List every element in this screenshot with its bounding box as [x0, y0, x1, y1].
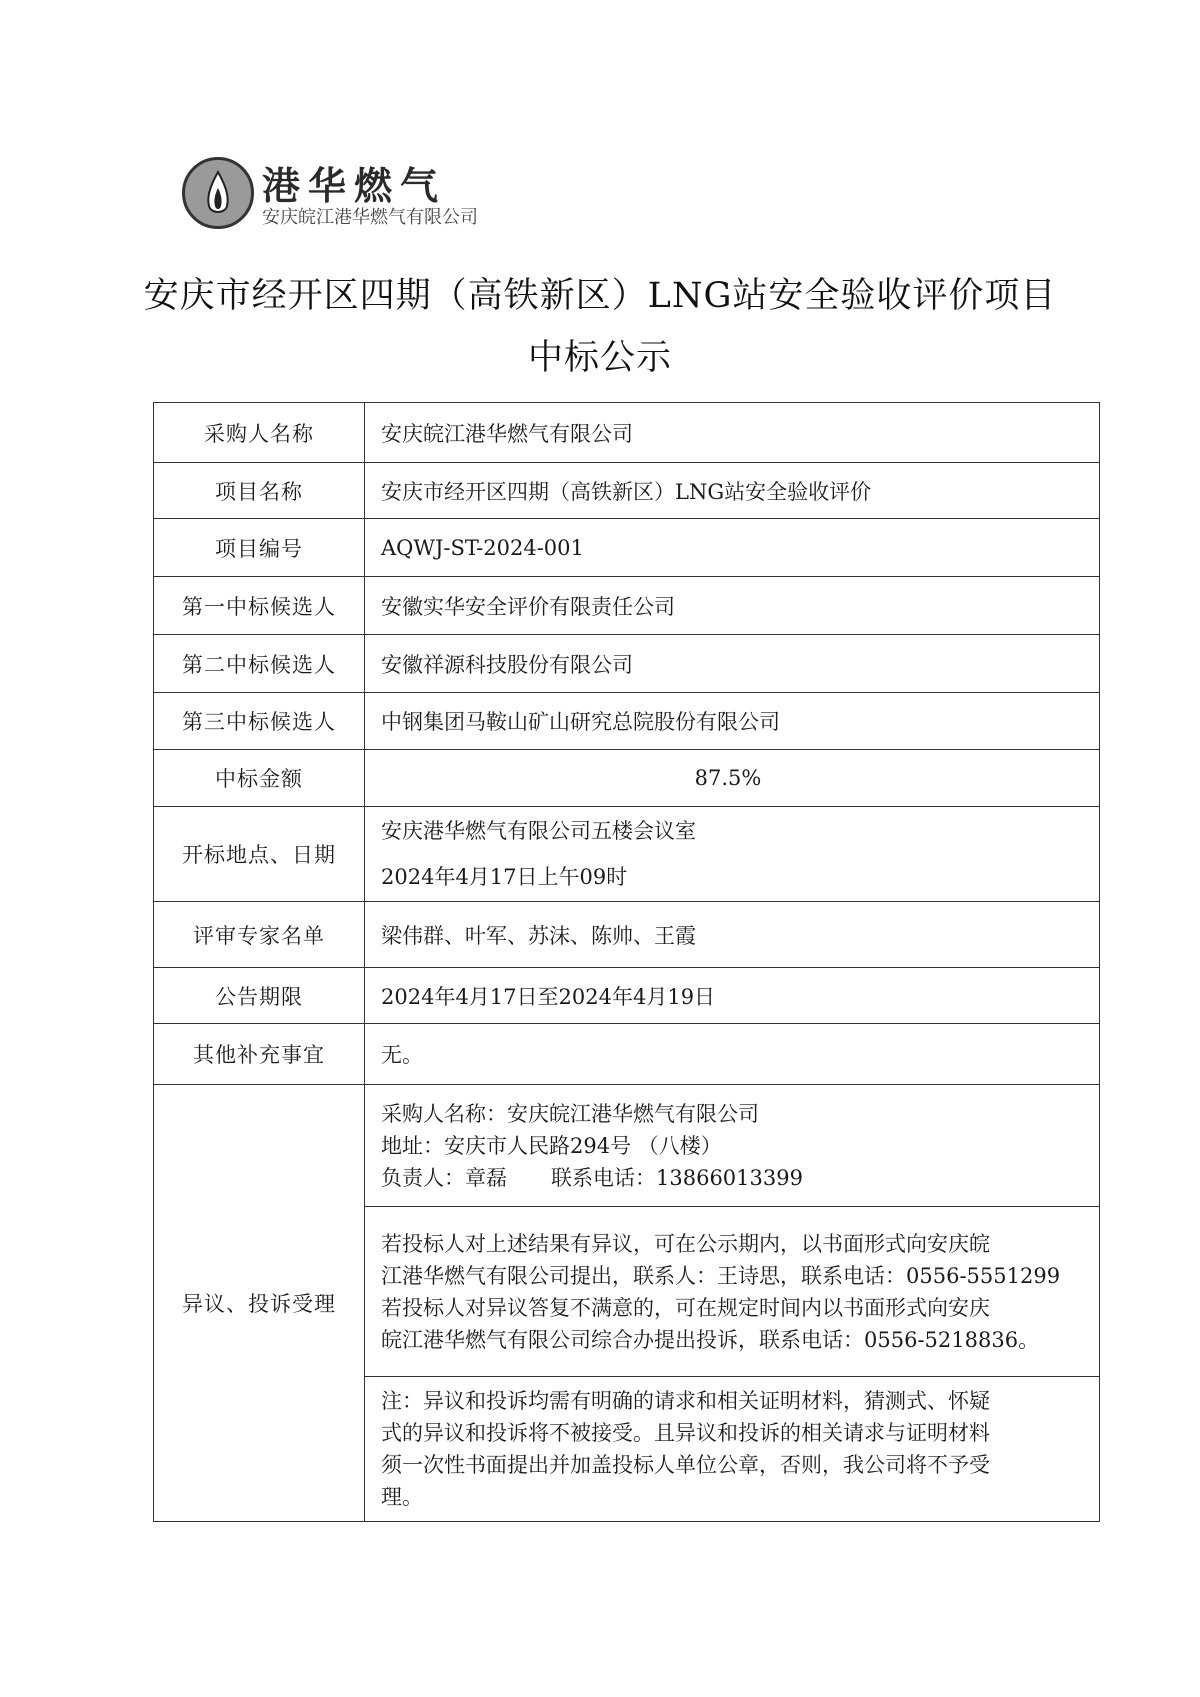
- flame-icon: [182, 157, 254, 229]
- row-value: 安庆市经开区四期（高铁新区）LNG站安全验收评价: [365, 463, 1100, 519]
- table-row-objection-contact: 异议、投诉受理 采购人名称：安庆皖江港华燃气有限公司 地址：安庆市人民路294号…: [154, 1085, 1100, 1207]
- row-label: 第二中标候选人: [154, 635, 365, 693]
- objection-note-block: 注：异议和投诉均需有明确的请求和相关证明材料，猜测式、怀疑 式的异议和投诉将不被…: [365, 1377, 1100, 1522]
- row-value: 安徽祥源科技股份有限公司: [365, 635, 1100, 693]
- table-row-notice-period: 公告期限 2024年4月17日至2024年4月19日: [154, 968, 1100, 1024]
- row-value: 中钢集团马鞍山矿山研究总院股份有限公司: [365, 693, 1100, 750]
- row-value: 安庆皖江港华燃气有限公司: [365, 403, 1100, 463]
- note-line: 须一次性书面提出并加盖投标人单位公章，否则，我公司将不予受: [381, 1449, 1091, 1481]
- contact-person-line: 负责人：章磊联系电话：13866013399: [381, 1162, 1091, 1194]
- procedure-line: 皖江港华燃气有限公司综合办提出投诉，联系电话：0556-5218836。: [381, 1324, 1091, 1356]
- note-line: 理。: [381, 1481, 1091, 1513]
- company-name: 安庆皖江港华燃气有限公司: [262, 203, 478, 229]
- row-label: 采购人名称: [154, 403, 365, 463]
- table-row-third-candidate: 第三中标候选人 中钢集团马鞍山矿山研究总院股份有限公司: [154, 693, 1100, 750]
- contact-person: 负责人：章磊: [381, 1166, 507, 1190]
- table-row-experts: 评审专家名单 梁伟群、叶军、苏沫、陈帅、王霞: [154, 902, 1100, 968]
- row-label: 评审专家名单: [154, 902, 365, 968]
- row-value: 梁伟群、叶军、苏沫、陈帅、王霞: [365, 902, 1100, 968]
- row-label: 开标地点、日期: [154, 807, 365, 902]
- row-label: 公告期限: [154, 968, 365, 1024]
- row-label: 其他补充事宜: [154, 1024, 365, 1085]
- table-row-project-name: 项目名称 安庆市经开区四期（高铁新区）LNG站安全验收评价: [154, 463, 1100, 519]
- objection-procedure-block: 若投标人对上述结果有异议，可在公示期内，以书面形式向安庆皖 江港华燃气有限公司提…: [365, 1207, 1100, 1377]
- table-row-other-matters: 其他补充事宜 无。: [154, 1024, 1100, 1085]
- row-value: 安徽实华安全评价有限责任公司: [365, 577, 1100, 635]
- table-row-first-candidate: 第一中标候选人 安徽实华安全评价有限责任公司: [154, 577, 1100, 635]
- row-label: 中标金额: [154, 750, 365, 807]
- table-row-bid-amount: 中标金额 87.5%: [154, 750, 1100, 807]
- row-label: 第三中标候选人: [154, 693, 365, 750]
- company-logo: 港华燃气 安庆皖江港华燃气有限公司: [182, 153, 512, 233]
- row-label: 异议、投诉受理: [154, 1085, 365, 1522]
- row-value: 87.5%: [365, 750, 1100, 807]
- row-value: 2024年4月17日至2024年4月19日: [365, 968, 1100, 1024]
- row-label: 项目名称: [154, 463, 365, 519]
- contact-phone: 联系电话：13866013399: [551, 1166, 803, 1190]
- opening-date: 2024年4月17日上午09时: [381, 854, 1091, 900]
- note-line: 注：异议和投诉均需有明确的请求和相关证明材料，猜测式、怀疑: [381, 1385, 1091, 1417]
- row-label: 第一中标候选人: [154, 577, 365, 635]
- table-row-second-candidate: 第二中标候选人 安徽祥源科技股份有限公司: [154, 635, 1100, 693]
- table-row-project-number: 项目编号 AQWJ-ST-2024-001: [154, 519, 1100, 577]
- document-title: 安庆市经开区四期（高铁新区）LNG站安全验收评价项目: [0, 268, 1200, 318]
- bid-result-table: 采购人名称 安庆皖江港华燃气有限公司 项目名称 安庆市经开区四期（高铁新区）LN…: [153, 402, 1100, 1522]
- objection-contact-block: 采购人名称：安庆皖江港华燃气有限公司 地址：安庆市人民路294号 （八楼） 负责…: [365, 1085, 1100, 1207]
- procedure-line: 若投标人对异议答复不满意的，可在规定时间内以书面形式向安庆: [381, 1292, 1091, 1324]
- table-row-opening-place-date: 开标地点、日期 安庆港华燃气有限公司五楼会议室 2024年4月17日上午09时: [154, 807, 1100, 902]
- note-line: 式的异议和投诉将不被接受。且异议和投诉的相关请求与证明材料: [381, 1417, 1091, 1449]
- document-subtitle: 中标公示: [0, 330, 1200, 380]
- contact-address: 地址：安庆市人民路294号 （八楼）: [381, 1130, 1091, 1162]
- table-row-purchaser: 采购人名称 安庆皖江港华燃气有限公司: [154, 403, 1100, 463]
- opening-place: 安庆港华燃气有限公司五楼会议室: [381, 808, 1091, 854]
- procedure-line: 若投标人对上述结果有异议，可在公示期内，以书面形式向安庆皖: [381, 1228, 1091, 1260]
- row-label: 项目编号: [154, 519, 365, 577]
- row-value: 安庆港华燃气有限公司五楼会议室 2024年4月17日上午09时: [365, 807, 1100, 902]
- brand-name: 港华燃气: [262, 155, 446, 210]
- row-value: AQWJ-ST-2024-001: [365, 519, 1100, 577]
- contact-purchaser: 采购人名称：安庆皖江港华燃气有限公司: [381, 1098, 1091, 1130]
- row-value: 无。: [365, 1024, 1100, 1085]
- procedure-line: 江港华燃气有限公司提出，联系人：王诗思，联系电话：0556-5551299: [381, 1260, 1091, 1292]
